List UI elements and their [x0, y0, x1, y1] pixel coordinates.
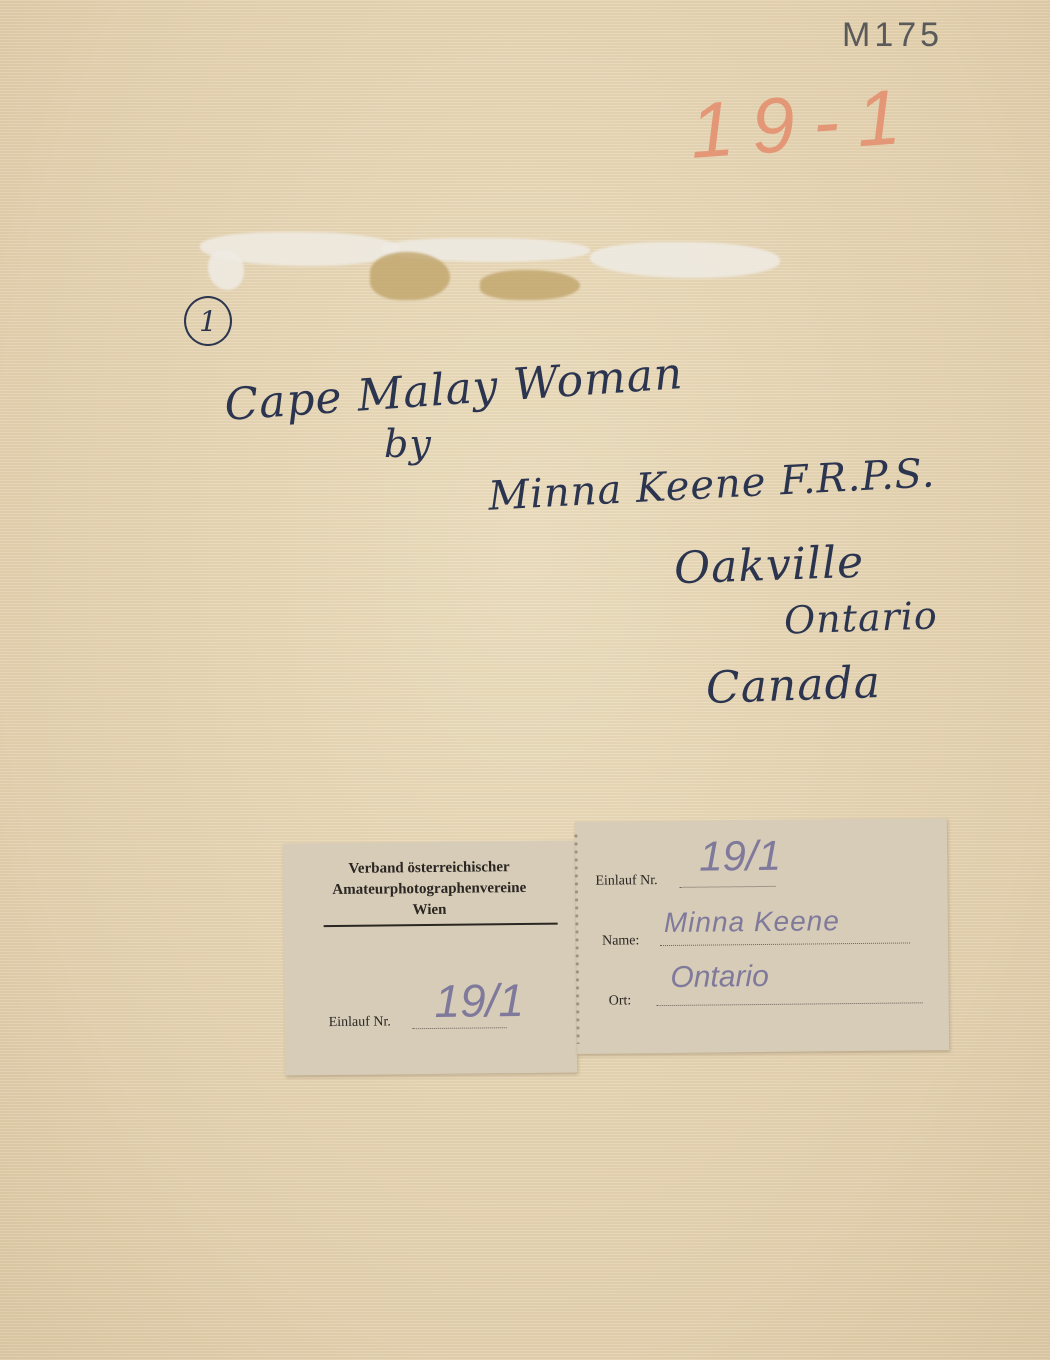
- country: Canada: [705, 657, 882, 714]
- glue-stain: [370, 252, 450, 300]
- entry-value: 19/1: [699, 832, 781, 881]
- paper-residue-stain: [208, 250, 244, 290]
- item-number-circled: 1: [184, 296, 232, 346]
- glue-stain: [480, 270, 580, 300]
- paper-residue-stain: [380, 238, 590, 262]
- photographer-name: Minna Keene F.R.P.S.: [487, 450, 936, 519]
- header-line-2: Amateurphotographenvereine: [283, 877, 575, 901]
- name-label: Name:: [602, 933, 639, 949]
- place-label: Ort:: [609, 993, 632, 1009]
- paper-residue-stain: [590, 242, 780, 278]
- entry-dotted-line: [679, 886, 775, 888]
- perforation: [573, 832, 581, 1044]
- entry-value: 19/1: [434, 973, 524, 1028]
- name-value: Minna Keene: [664, 905, 840, 939]
- place-dotted-line: [657, 1002, 923, 1006]
- label-stub-left: Verband österreichischer Amateurphotogra…: [283, 840, 577, 1075]
- entry-label: Einlauf Nr.: [595, 873, 657, 890]
- photo-title: Cape Malay Woman: [223, 348, 685, 431]
- entry-label: Einlauf Nr.: [329, 1014, 391, 1031]
- label-stub-right: Einlauf Nr. 19/1 Name: Minna Keene Ort: …: [575, 818, 949, 1054]
- name-dotted-line: [660, 942, 910, 946]
- item-number: 1: [199, 305, 217, 338]
- association-header: Verband österreichischer Amateurphotogra…: [283, 840, 576, 922]
- header-rule: [324, 923, 558, 927]
- pencil-reference: M175: [842, 16, 943, 55]
- paper-residue-stain: [200, 232, 400, 266]
- header-line-1: Verband österreichischer: [283, 856, 575, 880]
- by-label: by: [384, 422, 432, 466]
- header-line-3: Wien: [283, 898, 575, 922]
- place-value: Ontario: [670, 960, 769, 995]
- province: Ontario: [783, 593, 938, 642]
- crayon-reference: 19-1: [687, 70, 921, 177]
- city: Oakville: [673, 537, 865, 595]
